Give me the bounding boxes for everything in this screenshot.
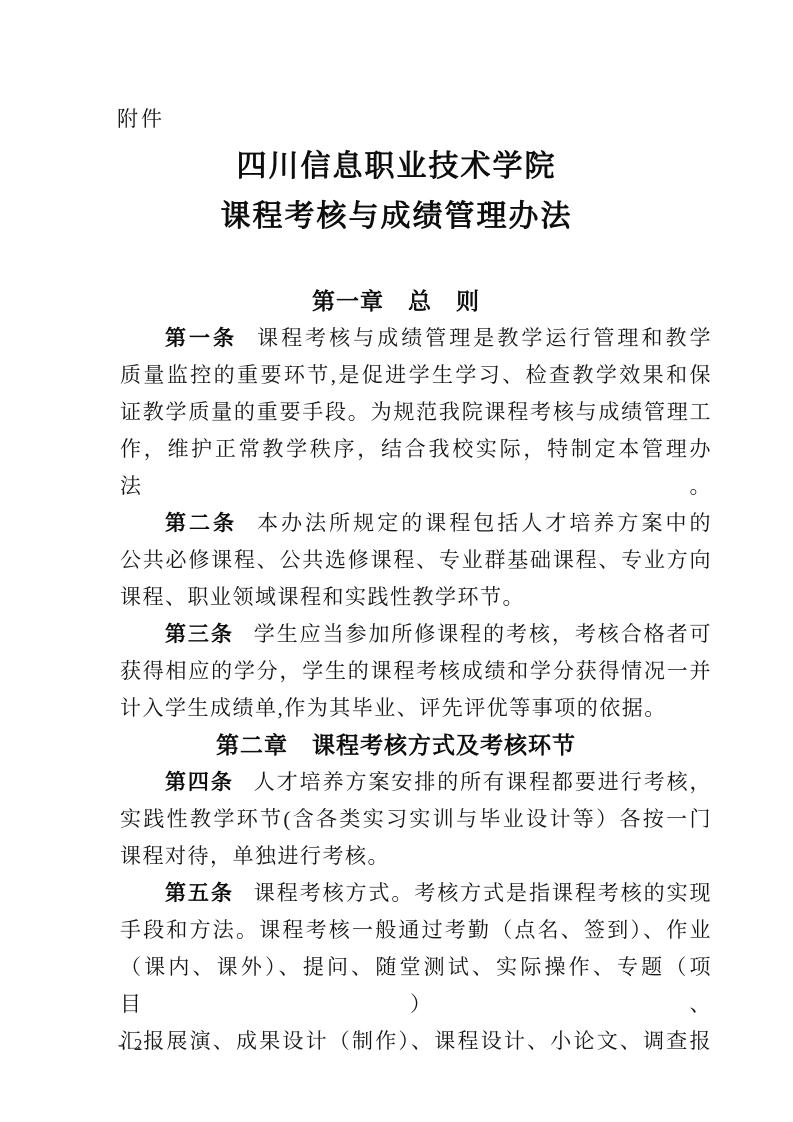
paragraph-line: 第五条课程考核方式。考核方式是指课程考核的实现 bbox=[120, 875, 712, 912]
article-number: 第一条 bbox=[165, 327, 237, 350]
paragraph-line: （课内、课外）、提问、随堂测试、实际操作、专题（项目）、 bbox=[120, 949, 712, 1023]
article-number: 第五条 bbox=[165, 882, 234, 905]
paragraph-line: 第二条本办法所规定的课程包括人才培养方案中的 bbox=[120, 505, 712, 542]
paragraph-line: 课程对待，单独进行考核。 bbox=[120, 838, 712, 875]
title-line-2: 课程考核与成绩管理办法 bbox=[0, 192, 793, 242]
article-number: 第四条 bbox=[165, 771, 234, 794]
paragraph-line: 第四条人才培养方案安排的所有课程都要进行考核， bbox=[120, 764, 712, 801]
paragraph-line: 质量监控的重要环节,是促进学生学习、检查教学效果和保 bbox=[120, 357, 712, 394]
chapter-heading: 第二章 课程考核方式及考核环节 bbox=[100, 727, 692, 764]
paragraph-line: 证教学质量的重要手段。为规范我院课程考核与成绩管理工 bbox=[120, 394, 712, 431]
paragraph-line: 第一条课程考核与成绩管理是教学运行管理和教学 bbox=[120, 320, 712, 357]
doc-body: 第一章 总 则第一条课程考核与成绩管理是教学运行管理和教学质量监控的重要环节,是… bbox=[120, 283, 712, 1060]
paragraph-line: 计入学生成绩单,作为其毕业、评先评优等事项的依据。 bbox=[120, 690, 712, 727]
paragraph-line: 课程、职业领域课程和实践性教学环节。 bbox=[120, 579, 712, 616]
paragraph-line: 公共必修课程、公共选修课程、专业群基础课程、专业方向 bbox=[120, 542, 712, 579]
page-number: - 2 - bbox=[118, 1035, 161, 1055]
title-line-1: 四川信息职业技术学院 bbox=[0, 142, 793, 192]
paragraph-line: 作，维护正常教学秩序，结合我校实际，特制定本管理办法。 bbox=[120, 431, 712, 505]
article-number: 第三条 bbox=[165, 623, 234, 646]
paragraph-line: 获得相应的学分，学生的课程考核成绩和学分获得情况一并 bbox=[120, 653, 712, 690]
chapter-heading: 第一章 总 则 bbox=[100, 283, 692, 320]
article-number: 第二条 bbox=[165, 512, 237, 535]
document-title: 四川信息职业技术学院 课程考核与成绩管理办法 bbox=[0, 142, 793, 242]
paragraph-line: 实践性教学环节(含各类实习实训与毕业设计等）各按一门 bbox=[120, 801, 712, 838]
paragraph-line: 第三条学生应当参加所修课程的考核，考核合格者可 bbox=[120, 616, 712, 653]
paragraph-line: 汇报展演、成果设计（制作）、课程设计、小论文、调查报 bbox=[120, 1023, 712, 1060]
attachment-label: 附件 bbox=[117, 103, 165, 133]
paragraph-line: 手段和方法。课程考核一般通过考勤（点名、签到）、作业 bbox=[120, 912, 712, 949]
document-page: 附件 四川信息职业技术学院 课程考核与成绩管理办法 第一章 总 则第一条课程考核… bbox=[0, 0, 793, 1122]
